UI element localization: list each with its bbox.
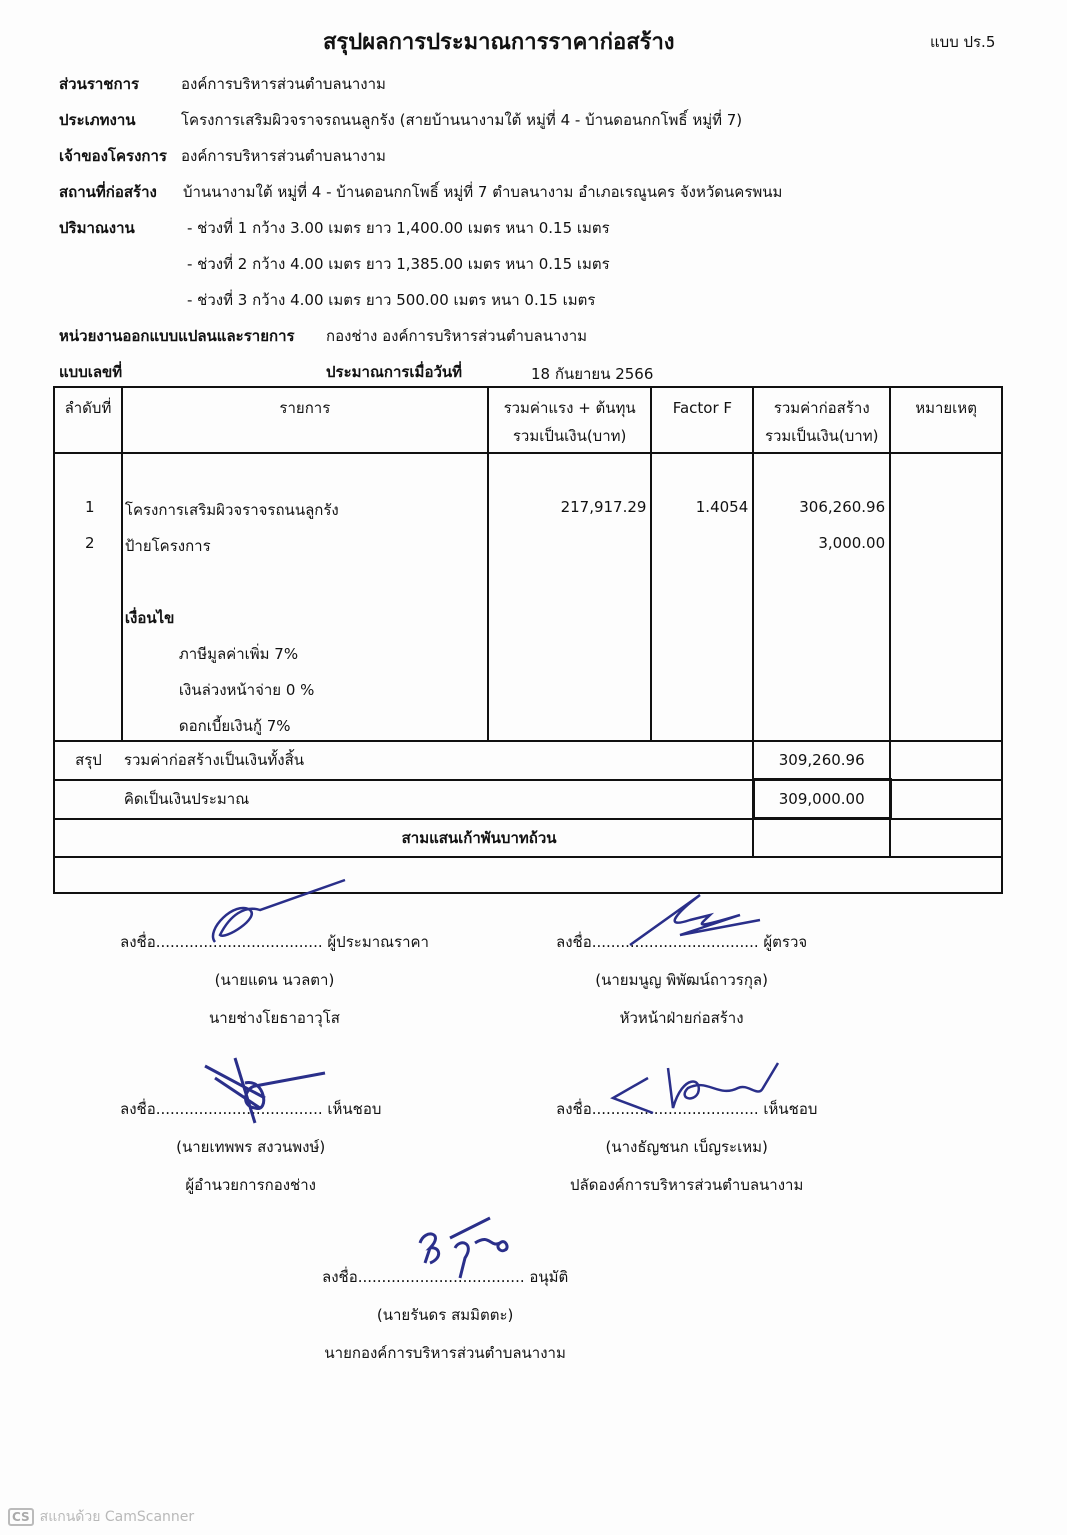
plan-no-label: แบบเลขที่	[59, 360, 122, 384]
amount-in-words: สามแสนเก้าพันบาทถ้วน	[122, 819, 753, 857]
signer-name: (นายแดน นวลตา)	[120, 968, 429, 992]
signature-mark-icon	[620, 890, 760, 950]
agency-label: ส่วนราชการ	[59, 72, 139, 96]
estimate-date-label: ประมาณการเมื่อวันที่	[326, 360, 462, 384]
summary-row-approx: คิดเป็นเงินประมาณ 309,000.00	[54, 780, 1002, 819]
header-remark: หมายเหตุ	[890, 387, 1002, 453]
quantity-item: - ช่วงที่ 2 กว้าง 4.00 เมตร ยาว 1,385.00…	[187, 252, 610, 276]
total-column: 306,260.96 3,000.00	[753, 453, 890, 741]
header-total: รวมค่าก่อสร้างรวมเป็นเงิน(บาท)	[753, 387, 890, 453]
design-unit-label: หน่วยงานออกแบบแปลนและรายการ	[59, 324, 295, 348]
grand-total-value: 309,260.96	[753, 741, 890, 780]
signer-position: นายช่างโยธาอาวุโส	[120, 1006, 429, 1030]
table-body-row: 1 2 โครงการเสริมผิวจราจรถนนลูกรัง ป้ายโค…	[54, 453, 1002, 741]
summary-row-total: สรุป รวมค่าก่อสร้างเป็นเงินทั้งสิ้น 309,…	[54, 741, 1002, 780]
agency-value: องค์การบริหารส่วนตำบลนางาม	[181, 72, 386, 96]
remark-summary-cell	[890, 741, 1002, 780]
design-unit-value: กองช่าง องค์การบริหารส่วนตำบลนางาม	[326, 324, 587, 348]
row-factor: 1.4054	[696, 498, 749, 516]
summary-label: สรุป	[54, 741, 122, 780]
work-type-value: โครงการเสริมผิวจราจรถนนลูกรัง (สายบ้านนา…	[181, 108, 742, 132]
estimate-table: ลำดับที่ รายการ รวมค่าแรง + ต้นทุนรวมเป็…	[53, 386, 1003, 894]
signer-position: หัวหน้าฝ่ายก่อสร้าง	[556, 1006, 807, 1030]
row-total: 306,260.96	[799, 498, 885, 516]
signer-position: ปลัดองค์การบริหารส่วนตำบลนางาม	[556, 1173, 817, 1197]
owner-label: เจ้าของโครงการ	[59, 144, 167, 168]
quantity-item: - ช่วงที่ 3 กว้าง 4.00 เมตร ยาว 500.00 เ…	[187, 288, 595, 312]
row-item: ป้ายโครงการ	[125, 534, 211, 558]
form-code: แบบ ปร.5	[930, 30, 995, 54]
location-value: บ้านนางามใต้ หมู่ที่ 4 - บ้านดอนกกโพธิ์ …	[183, 180, 782, 204]
row-no: 1	[85, 498, 95, 516]
signature-mark-icon	[205, 880, 355, 950]
header-item: รายการ	[122, 387, 488, 453]
signer-position: ผู้อำนวยการกองช่าง	[120, 1173, 381, 1197]
item-column: โครงการเสริมผิวจราจรถนนลูกรัง ป้ายโครงกา…	[122, 453, 488, 741]
signer-name: (นายมนูญ พิพัฒน์ถาวรกุล)	[556, 968, 807, 992]
location-label: สถานที่ก่อสร้าง	[59, 180, 157, 204]
signer-position: นายกองค์การบริหารส่วนตำบลนางาม	[322, 1341, 568, 1365]
owner-value: องค์การบริหารส่วนตำบลนางาม	[181, 144, 386, 168]
signer-name: (นายรันดร สมมิตตะ)	[322, 1303, 568, 1327]
camscanner-logo-icon: CS	[8, 1508, 34, 1526]
conditions-title: เงื่อนไข	[125, 606, 175, 630]
quantity-label: ปริมาณงาน	[59, 216, 135, 240]
condition-interest: ดอกเบี้ยเงินกู้ 7%	[179, 714, 291, 738]
row-cost: 217,917.29	[561, 498, 647, 516]
condition-vat: ภาษีมูลค่าเพิ่ม 7%	[179, 642, 298, 666]
header-cost: รวมค่าแรง + ต้นทุนรวมเป็นเงิน(บาท)	[488, 387, 652, 453]
summary-row-words: สามแสนเก้าพันบาทถ้วน	[54, 819, 1002, 857]
no-column: 1 2	[54, 453, 122, 741]
header-factor: Factor F	[651, 387, 753, 453]
blank-row	[54, 857, 1002, 893]
header-no: ลำดับที่	[54, 387, 122, 453]
signer-name: (นายเทพพร สงวนพงษ์)	[120, 1135, 381, 1159]
signer-name: (นางธัญชนก เบ็ญระเหม)	[556, 1135, 817, 1159]
signature-mark-icon	[195, 1058, 335, 1128]
work-type-label: ประเภทงาน	[59, 108, 136, 132]
row-item: โครงการเสริมผิวจราจรถนนลูกรัง	[125, 498, 339, 522]
approx-label: คิดเป็นเงินประมาณ	[122, 780, 753, 819]
scanner-text: สแกนด้วย CamScanner	[40, 1506, 195, 1528]
signature-mark-icon	[405, 1218, 535, 1283]
condition-advance: เงินล่วงหน้าจ่าย 0 %	[179, 678, 315, 702]
grand-total-label: รวมค่าก่อสร้างเป็นเงินทั้งสิ้น	[122, 741, 753, 780]
row-total: 3,000.00	[818, 534, 885, 552]
row-no: 2	[85, 534, 95, 552]
cost-column: 217,917.29	[488, 453, 652, 741]
signature-mark-icon	[608, 1058, 788, 1118]
remark-column	[890, 453, 1002, 741]
quantity-item: - ช่วงที่ 1 กว้าง 3.00 เมตร ยาว 1,400.00…	[187, 216, 610, 240]
estimate-date-value: 18 กันยายน 2566	[531, 362, 653, 386]
approx-value: 309,000.00	[753, 780, 890, 819]
scanner-watermark: CS สแกนด้วย CamScanner	[8, 1506, 194, 1528]
page-title: สรุปผลการประมาณการราคาก่อสร้าง	[323, 24, 675, 59]
factor-column: 1.4054	[651, 453, 753, 741]
table-header-row: ลำดับที่ รายการ รวมค่าแรง + ต้นทุนรวมเป็…	[54, 387, 1002, 453]
